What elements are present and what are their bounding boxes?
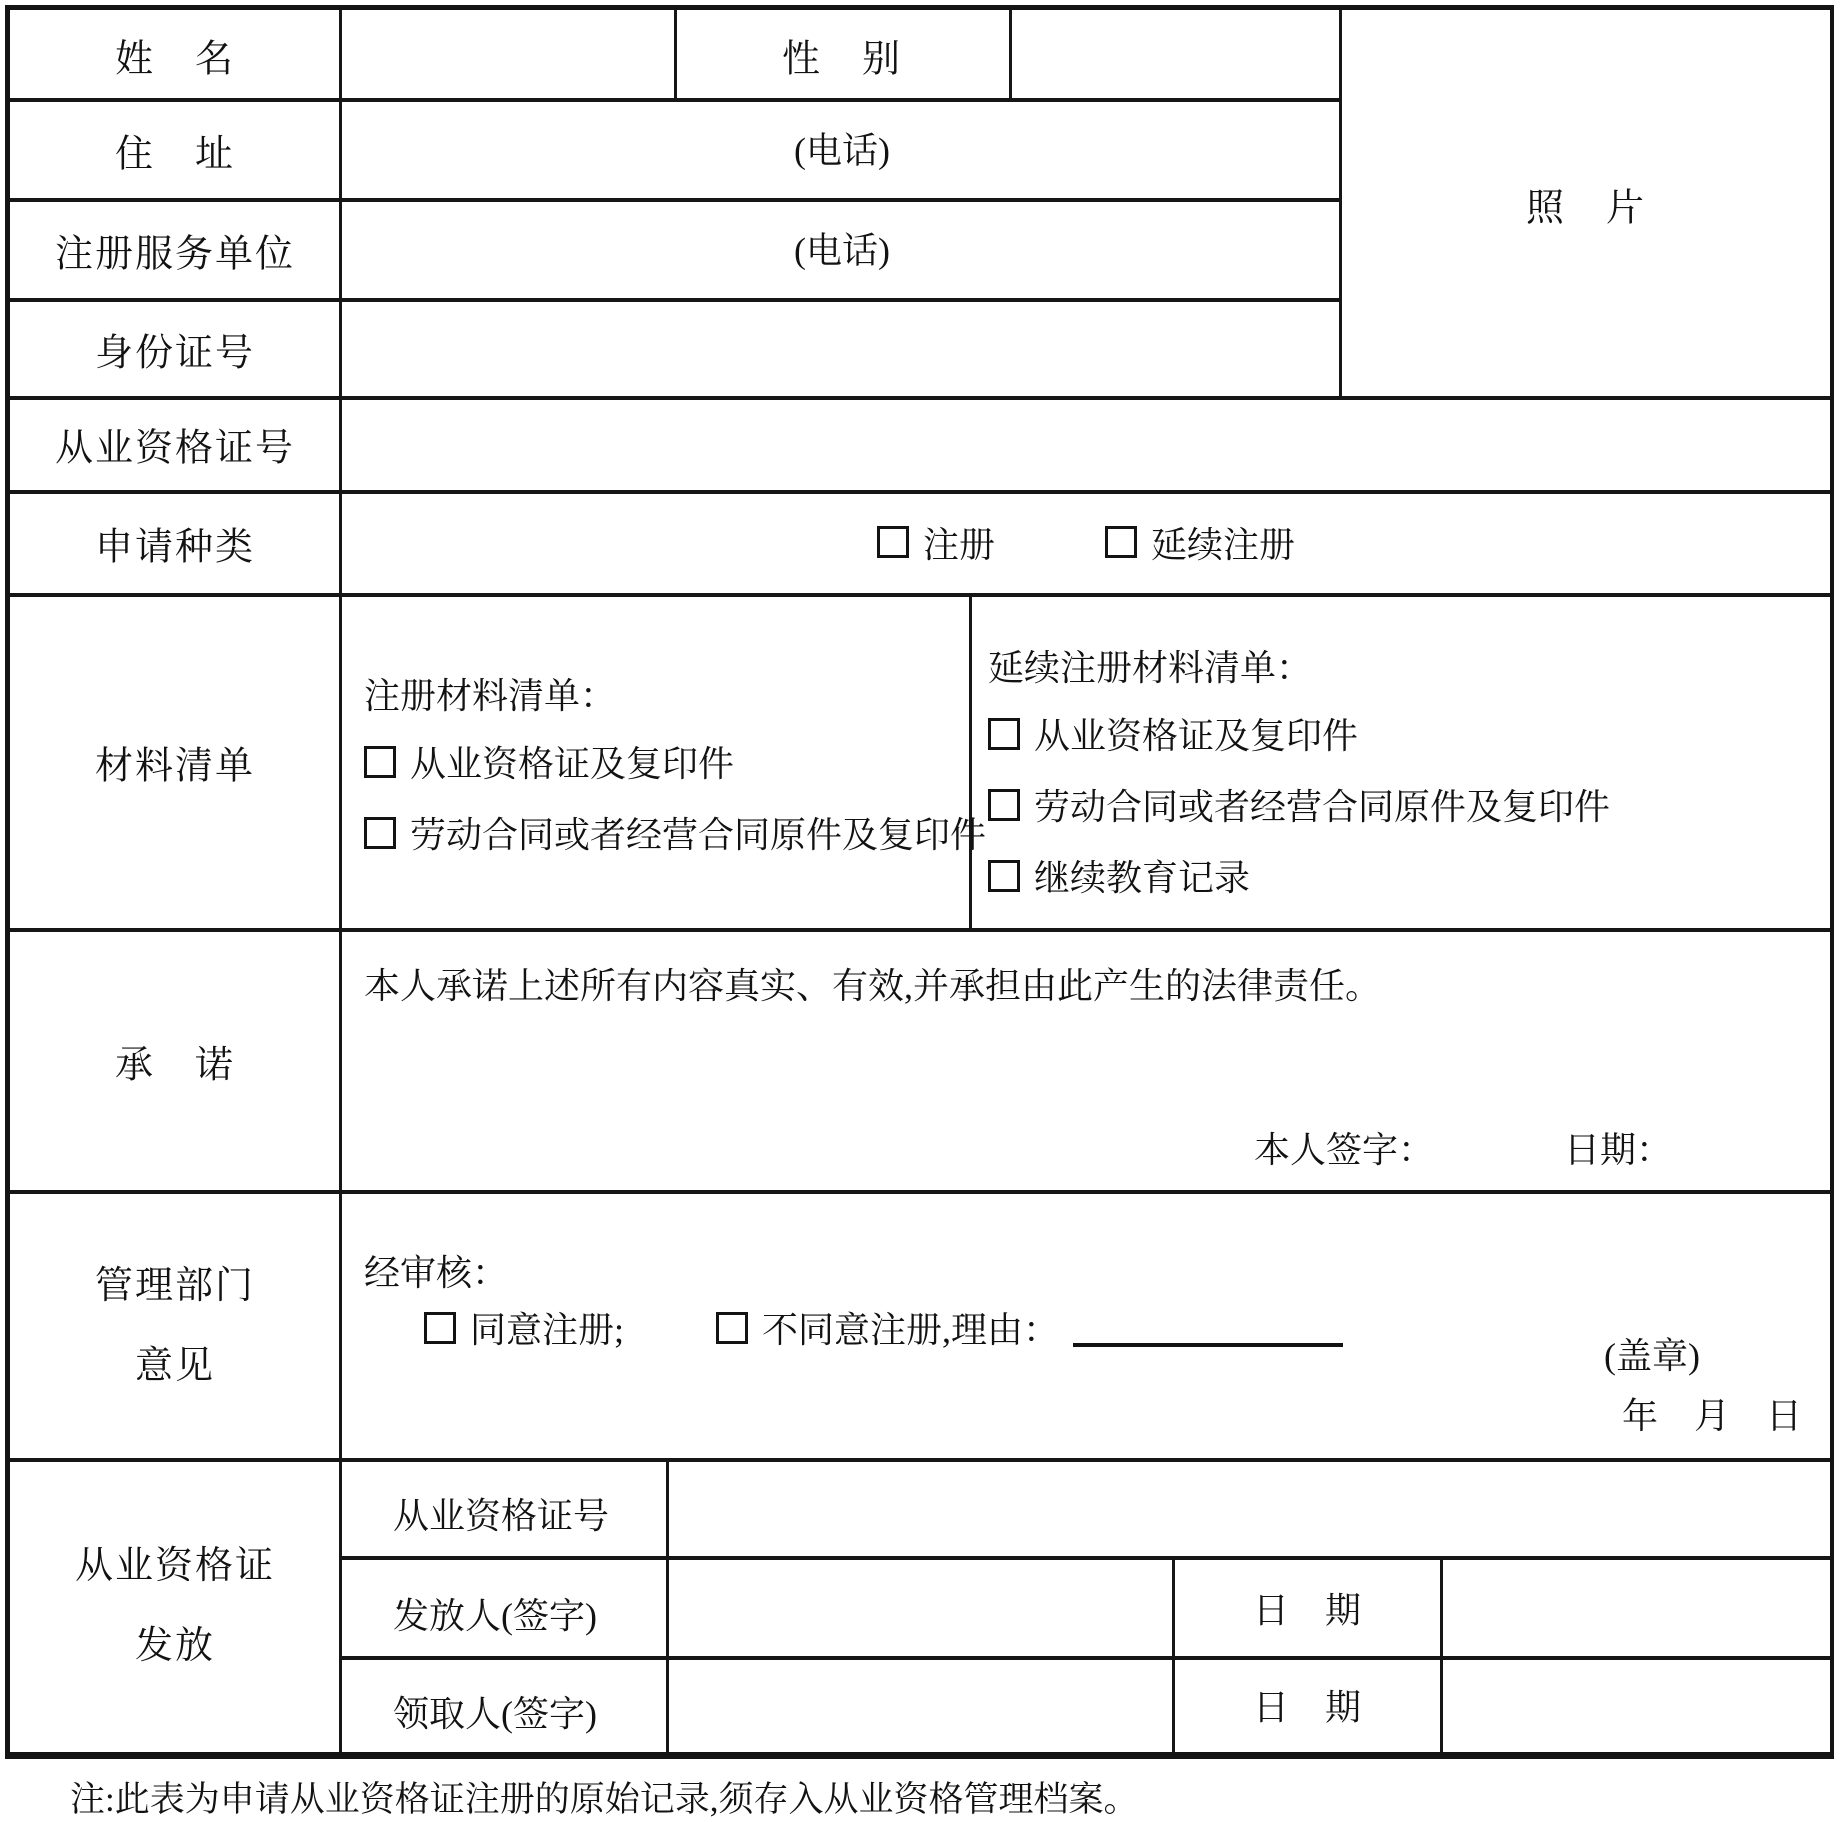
approve-option-label: 同意注册;	[470, 1302, 624, 1353]
divider	[10, 928, 1830, 932]
photo-label: 照 片	[1526, 177, 1646, 232]
address-phone-placeholder: (电话)	[794, 123, 890, 174]
receiver-label: 领取人(签字)	[393, 1686, 597, 1737]
issuer-date-input[interactable]	[1443, 1560, 1830, 1654]
form-table: 姓 名 性 别 照 片 住 址 (电话) 注册服务单位 (电话) 身份证号 从业…	[5, 5, 1834, 1759]
renewal-materials-list: 延续注册材料清单： 从业资格证及复印件 劳动合同或者经营合同原件及复印件 继续教…	[988, 648, 1610, 901]
authority-date-label: 年 月 日	[1622, 1388, 1802, 1439]
divider	[10, 1190, 1830, 1194]
renewal-material-checkbox-2[interactable]	[988, 789, 1020, 821]
material-item: 从业资格证及复印件	[988, 708, 1610, 759]
renewal-materials-title: 延续注册材料清单：	[988, 648, 1610, 688]
address-label: 住 址	[115, 123, 235, 178]
issuer-date-label: 日 期	[1253, 1583, 1361, 1634]
review-prefix: 经审核：	[364, 1245, 508, 1296]
authority-label-line1: 管理部门	[95, 1246, 255, 1326]
issuance-label: 从业资格证 发放	[75, 1526, 275, 1686]
material-item-label: 从业资格证及复印件	[1034, 708, 1358, 759]
receiver-date-label: 日 期	[1253, 1680, 1361, 1731]
signature-date-label: 日期：	[1564, 1122, 1672, 1173]
divider	[674, 10, 677, 98]
register-material-checkbox-2[interactable]	[364, 817, 396, 849]
renewal-option-label: 延续注册	[1151, 517, 1295, 568]
form-page: 姓 名 性 别 照 片 住 址 (电话) 注册服务单位 (电话) 身份证号 从业…	[0, 0, 1840, 1816]
issued-cert-no-label: 从业资格证号	[393, 1488, 609, 1539]
issuer-label: 发放人(签字)	[393, 1588, 597, 1639]
approve-option: 同意注册;	[424, 1302, 624, 1353]
material-item-label: 继续教育记录	[1034, 850, 1250, 901]
divider	[1172, 1556, 1175, 1752]
reject-reason-blank[interactable]	[1073, 1309, 1343, 1347]
commitment-label: 承 诺	[115, 1034, 235, 1089]
material-item-label: 劳动合同或者经营合同原件及复印件	[1034, 779, 1610, 830]
apply-type-label: 申请种类	[95, 516, 255, 571]
photo-area[interactable]: 照 片	[1342, 10, 1830, 394]
issued-cert-no-input[interactable]	[669, 1460, 1830, 1554]
signature-label: 本人签字：	[1254, 1122, 1434, 1173]
reject-option: 不同意注册,理由：	[716, 1302, 1343, 1353]
name-label: 姓 名	[115, 28, 235, 83]
material-item-label: 从业资格证及复印件	[410, 736, 734, 787]
address-input[interactable]: (电话)	[342, 100, 1337, 196]
id-label: 身份证号	[95, 322, 255, 377]
material-item: 继续教育记录	[988, 850, 1610, 901]
commitment-signature-row: 本人签字： 日期：	[1254, 1122, 1672, 1173]
renewal-material-checkbox-1[interactable]	[988, 718, 1020, 750]
id-input[interactable]	[342, 300, 1337, 394]
register-checkbox[interactable]	[877, 526, 909, 558]
seal-label: (盖章)	[1604, 1328, 1700, 1379]
cert-no-input[interactable]	[342, 398, 1830, 488]
employer-label: 注册服务单位	[55, 223, 295, 278]
issuance-label-line2: 发放	[75, 1606, 275, 1686]
material-item-label: 劳动合同或者经营合同原件及复印件	[410, 807, 986, 858]
reject-option-label: 不同意注册,理由：	[762, 1302, 1059, 1353]
authority-label-line2: 意见	[95, 1326, 255, 1406]
register-material-checkbox-1[interactable]	[364, 746, 396, 778]
material-item: 劳动合同或者经营合同原件及复印件	[988, 779, 1610, 830]
employer-input[interactable]: (电话)	[342, 200, 1337, 296]
apply-type-option-register: 注册	[877, 517, 995, 568]
approve-checkbox[interactable]	[424, 1312, 456, 1344]
gender-input[interactable]	[1012, 10, 1337, 96]
apply-type-option-renewal: 延续注册	[1105, 517, 1295, 568]
employer-phone-placeholder: (电话)	[794, 223, 890, 274]
receiver-date-input[interactable]	[1443, 1660, 1830, 1750]
materials-label: 材料清单	[95, 735, 255, 790]
divider	[10, 593, 1830, 597]
material-item: 劳动合同或者经营合同原件及复印件	[364, 807, 986, 858]
renewal-checkbox[interactable]	[1105, 526, 1137, 558]
authority-label: 管理部门 意见	[95, 1246, 255, 1406]
commitment-text: 本人承诺上述所有内容真实、有效,并承担由此产生的法律责任。	[364, 958, 1784, 1009]
apply-type-options: 注册 延续注册	[342, 492, 1830, 592]
gender-label: 性 别	[782, 28, 902, 83]
review-options: 同意注册; 不同意注册,理由：	[424, 1302, 1343, 1353]
issuer-signature-input[interactable]	[669, 1560, 1170, 1654]
renewal-material-checkbox-3[interactable]	[988, 860, 1020, 892]
reject-checkbox[interactable]	[716, 1312, 748, 1344]
footnote: 注:此表为申请从业资格证注册的原始记录,须存入从业资格管理档案。	[70, 1772, 1138, 1822]
cert-no-label: 从业资格证号	[55, 417, 295, 472]
register-option-label: 注册	[923, 517, 995, 568]
issuance-label-line1: 从业资格证	[75, 1526, 275, 1606]
register-materials-list: 注册材料清单： 从业资格证及复印件 劳动合同或者经营合同原件及复印件	[364, 676, 986, 858]
name-input[interactable]	[342, 10, 672, 96]
receiver-signature-input[interactable]	[669, 1660, 1170, 1750]
material-item: 从业资格证及复印件	[364, 736, 986, 787]
register-materials-title: 注册材料清单：	[364, 676, 986, 716]
